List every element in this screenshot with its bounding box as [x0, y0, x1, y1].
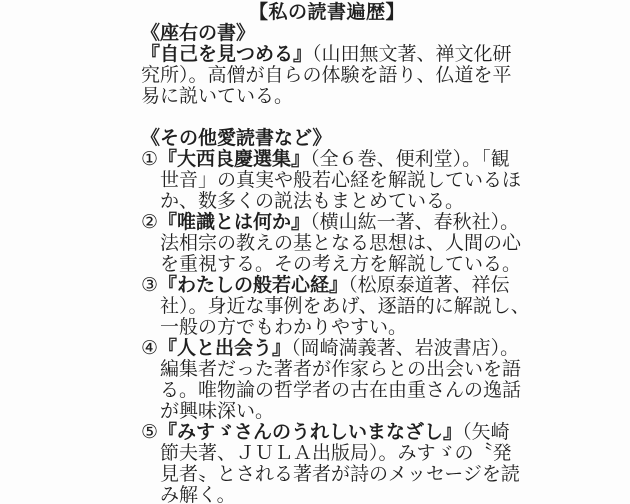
entry-line: 編集者だった著者が作家らとの出会いを語	[141, 359, 513, 380]
entry-line: 節夫著、ＪＵＬＡ出版局）。みすゞの〝発	[141, 443, 513, 464]
entry-text: （山田無文著、禅文化研	[312, 44, 512, 65]
entry-first-line: ④『人と出会う』（岡崎満義著、岩波書店）。	[141, 338, 513, 359]
entry-first-line: ①『大西良慶選集』（全６巻、便利堂）。「観	[141, 149, 513, 170]
entry-line: 世音」の真実や般若心経を解説しているほ	[141, 170, 513, 191]
entry-first-line: ⑤『みすゞさんのうれしいまなざし』（矢崎	[141, 422, 513, 443]
section-heading: 《座右の書》	[141, 23, 513, 44]
book-title: 『大西良慶選集』	[158, 149, 310, 170]
entry-line: 一般の方でもわかりやすい。	[141, 317, 513, 338]
book-title: 『自己を見つめる』	[141, 44, 312, 65]
section-heading: 《その他愛読書など》	[141, 128, 513, 149]
entry-line: か、数多くの説法もまとめている。	[141, 191, 513, 212]
section-0: 《座右の書》『自己を見つめる』（山田無文著、禅文化研究所）。高僧が自らの体験を語…	[141, 23, 513, 107]
entry-line: み解く。	[141, 485, 513, 504]
page-title: 【私の読書遍歴】	[141, 2, 513, 23]
entry-first-line: 『自己を見つめる』（山田無文著、禅文化研	[141, 44, 513, 65]
book-title: 『わたしの般若心経』	[158, 275, 348, 296]
book-title: 『唯識とは何か』	[158, 212, 310, 233]
entry-number: ③	[141, 275, 158, 296]
entry-number: ⑤	[141, 422, 158, 443]
entry-first-line: ③『わたしの般若心経』（松原泰道著、祥伝	[141, 275, 513, 296]
section-1: 《その他愛読書など》①『大西良慶選集』（全６巻、便利堂）。「観世音」の真実や般若…	[141, 128, 513, 504]
entry-text: （松原泰道著、祥伝	[348, 275, 510, 296]
entry-line: 易に説いている。	[141, 86, 513, 107]
entry-line: が興味深い。	[141, 401, 513, 422]
entry-number: ④	[141, 338, 158, 359]
entry-line: 社）。身近な事例をあげ、逐語的に解説し、	[141, 296, 513, 317]
reading-history-document: 【私の読書遍歴】 《座右の書》『自己を見つめる』（山田無文著、禅文化研究所）。高…	[141, 2, 513, 504]
entry-first-line: ②『唯識とは何か』（横山紘一著、春秋社）。	[141, 212, 513, 233]
book-title: 『人と出会う』	[158, 338, 291, 359]
book-title: 『みすゞさんのうれしいまなざし』	[158, 422, 462, 443]
entry-text: （横山紘一著、春秋社）。	[310, 212, 519, 233]
entry-number: ②	[141, 212, 158, 233]
entry-text: （矢崎	[462, 422, 510, 443]
entry-line: る。唯物論の哲学者の古在由重さんの逸話	[141, 380, 513, 401]
entry-line: を重視する。その考え方を解説している。	[141, 254, 513, 275]
sections-container: 《座右の書》『自己を見つめる』（山田無文著、禅文化研究所）。高僧が自らの体験を語…	[141, 23, 513, 504]
entry-text: （全６巻、便利堂）。「観	[310, 149, 510, 170]
entry-line: 法相宗の教えの基となる思想は、人間の心	[141, 233, 513, 254]
entry-line: 究所）。高僧が自らの体験を語り、仏道を平	[141, 65, 513, 86]
entry-text: （岡崎満義著、岩波書店）。	[291, 338, 519, 359]
entry-line: 見者〟とされる著者が詩のメッセージを読	[141, 464, 513, 485]
entry-number: ①	[141, 149, 158, 170]
